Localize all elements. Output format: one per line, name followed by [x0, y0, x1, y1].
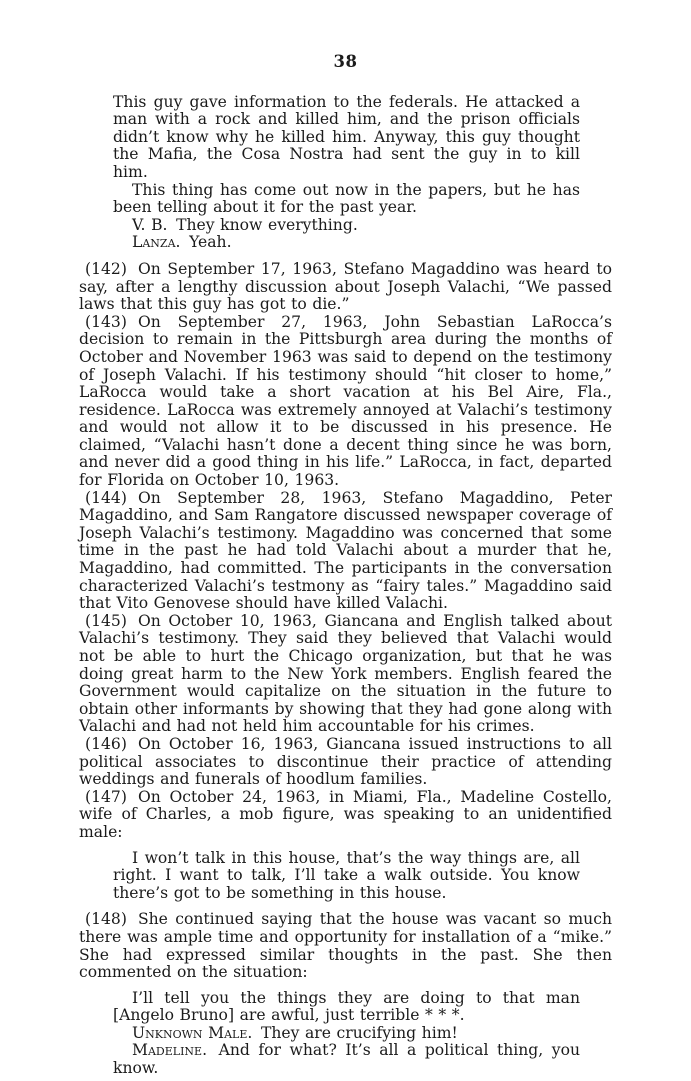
extract-1-paragraph-2: This thing has come out now in the paper… — [113, 182, 580, 217]
speaker-label: Unknown Male. — [132, 1024, 255, 1042]
numbered-paragraph-142: (142)On September 17, 1963, Stefano Maga… — [79, 261, 612, 314]
paragraph-text: On September 17, 1963, Stefano Magaddino… — [79, 260, 612, 313]
speaker-label: Lanza. — [132, 233, 183, 251]
paragraph-number: (148) — [85, 910, 138, 928]
numbered-paragraph-146: (146)On October 16, 1963, Giancana issue… — [79, 736, 612, 789]
numbered-paragraph-147: (147)On October 24, 1963, in Miami, Fla.… — [79, 789, 612, 842]
paragraph-text: On October 16, 1963, Giancana issued ins… — [79, 735, 612, 788]
paragraph-number: (145) — [85, 612, 138, 630]
extract-quote-2: I won’t talk in this house, that’s the w… — [113, 850, 580, 903]
paragraph-number: (146) — [85, 735, 138, 753]
paragraph-number: (143) — [85, 313, 138, 331]
page-number: 38 — [79, 53, 612, 71]
extract-quote-1: This guy gave information to the federal… — [113, 94, 580, 252]
extract-3-paragraph-1: I’ll tell you the things they are doing … — [113, 990, 580, 1025]
extract-3-dialogue-line: Madeline. And for what? It’s all a polit… — [113, 1042, 580, 1077]
document-page: 38 This guy gave information to the fede… — [0, 0, 691, 1081]
paragraph-number: (147) — [85, 788, 138, 806]
paragraph-text: On September 28, 1963, Stefano Magaddino… — [79, 489, 612, 613]
speaker-label: V. B. — [132, 216, 171, 234]
paragraph-text: On October 24, 1963, in Miami, Fla., Mad… — [79, 788, 612, 841]
speaker-label: Madeline. — [132, 1041, 210, 1059]
extract-1-paragraph-1: This guy gave information to the federal… — [113, 94, 580, 182]
numbered-paragraph-143: (143)On September 27, 1963, John Sebasti… — [79, 314, 612, 490]
extract-2-paragraph-1: I won’t talk in this house, that’s the w… — [113, 850, 580, 903]
dialogue-text: They know everything. — [176, 216, 358, 234]
extract-1-dialogue-line: V. B. They know everything. — [113, 217, 580, 235]
extract-3-dialogue-line: Unknown Male. They are crucifying him! — [113, 1025, 580, 1043]
paragraph-text: She continued saying that the house was … — [79, 910, 612, 981]
paragraph-number: (144) — [85, 489, 138, 507]
numbered-paragraph-144: (144)On September 28, 1963, Stefano Maga… — [79, 490, 612, 613]
dialogue-text: They are crucifying him! — [261, 1024, 458, 1042]
paragraph-text: On October 10, 1963, Giancana and Englis… — [79, 612, 612, 736]
extract-quote-3: I’ll tell you the things they are doing … — [113, 990, 580, 1078]
dialogue-text: Yeah. — [189, 233, 231, 251]
extract-1-dialogue-line: Lanza. Yeah. — [113, 234, 580, 252]
paragraph-number: (142) — [85, 260, 138, 278]
numbered-paragraph-148: (148)She continued saying that the house… — [79, 911, 612, 981]
numbered-paragraph-145: (145)On October 10, 1963, Giancana and E… — [79, 613, 612, 736]
paragraph-text: On September 27, 1963, John Sebastian La… — [79, 313, 612, 489]
